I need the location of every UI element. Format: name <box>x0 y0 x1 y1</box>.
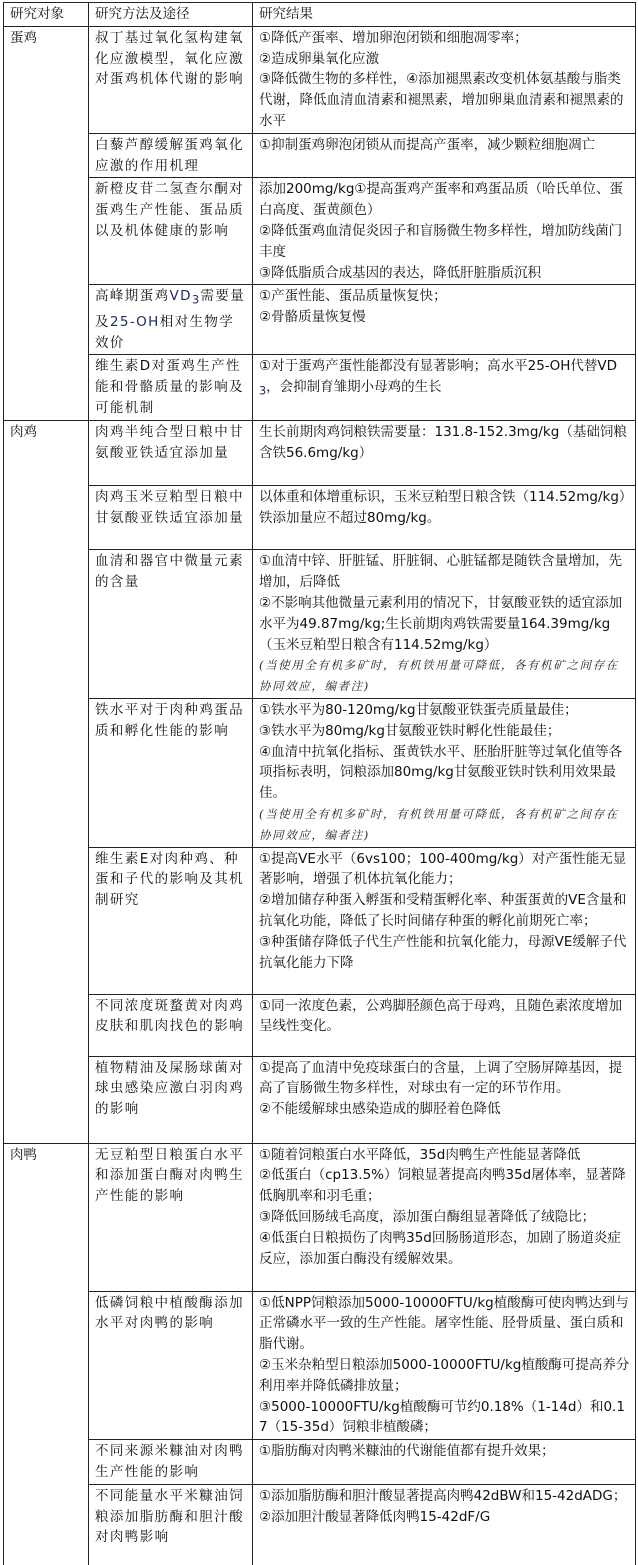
method-cell: 低磷饲粮中植酸酶添加水平对肉鸭的影响 <box>89 1291 253 1440</box>
subject-cell: 肉鸡 <box>4 421 89 1143</box>
editor-note: (当使用全有机多矿时，有机铁用量可降低，各有机矿之间存在协同效应，编者注) <box>259 655 630 697</box>
result-item: ①提高了血清中免疫球蛋白的含量，上调了空肠屏障基因，提高了盲肠微生物多样性，对球… <box>259 1058 630 1100</box>
method-cell: 不同能量水平米糠油饲粮添加脂肪酶和胆汁酸对肉鸭影响 <box>89 1484 253 1565</box>
method-cell: 新橙皮苷二氢查尔酮对蛋鸡生产性能、蛋品质以及机体健康的影响 <box>89 178 253 285</box>
result-item: ①铁水平为80-120mg/kg甘氨酸亚铁蛋壳质量最佳； <box>259 700 630 721</box>
result-item: ③降低微生物的多样性，④添加褪黑素改变机体氨基酸与脂类代谢，降低血清血清素和褪黑… <box>259 69 630 131</box>
header-method: 研究方法及途径 <box>89 3 253 27</box>
table-row: 血清和器官中微量元素的含量 ①血清中锌、肝脏锰、肝脏铜、心脏锰都是随铁含量增加，… <box>4 550 636 699</box>
table-row: 不同能量水平米糠油饲粮添加脂肪酶和胆汁酸对肉鸭影响 ①添加脂肪酶和胆汁酸显著提高… <box>4 1484 636 1565</box>
results-cell: ①提高VE水平（6vs100；100-400mg/kg）对产蛋性能无显著影响，增… <box>253 847 636 994</box>
results-cell: ①降低产蛋率、增加卵泡闭锁和细胞凋零率； ②造成卵巢氧化应激 ③降低微生物的多样… <box>253 26 636 133</box>
results-cell: ①抑制蛋鸡卵泡闭锁从而提高产蛋率，减少颗粒细胞凋亡 <box>253 133 636 178</box>
result-item: ③5000-10000FTU/kg植酸酶可节约0.18%（1-14d）和0.17… <box>259 1397 630 1439</box>
result-item: ②玉米杂粕型日粮添加5000-10000FTU/kg植酸酶可提高养分利用率并降低… <box>259 1355 630 1397</box>
result-item: 添加200mg/kg①提高蛋鸡产蛋率和鸡蛋品质（哈氏单位、蛋白高度、蛋黄颜色） <box>259 179 630 221</box>
table-row: 维生素D对蛋鸡生产性能和骨骼质量的影响及可能机制 ①对于蛋鸡产蛋性能都没有显著影… <box>4 355 636 421</box>
results-cell: ①铁水平为80-120mg/kg甘氨酸亚铁蛋壳质量最佳； ③铁水平为80mg/k… <box>253 699 636 848</box>
result-item: ①产蛋性能、蛋品质量恢复快； <box>259 286 630 307</box>
table-row: 植物精油及屎肠球菌对球虫感染应激白羽肉鸡的影响 ①提高了血清中免疫球蛋白的含量，… <box>4 1056 636 1143</box>
results-cell: ①血清中锌、肝脏锰、肝脏铜、心脏锰都是随铁含量增加，先增加，后降低 ②不影响其他… <box>253 550 636 699</box>
method-cell: 不同浓度斑蝥黄对肉鸡皮肤和肌肉找色的影响 <box>89 994 253 1056</box>
result-item: 以体重和体增重标识，玉米豆粕型日粮含铁（114.52mg/kg）铁添加量应不超过… <box>259 487 630 529</box>
result-item: ②骨骼质量恢复慢 <box>259 307 630 328</box>
table-row: 铁水平对于肉种鸡蛋品质和孵化性能的影响 ①铁水平为80-120mg/kg甘氨酸亚… <box>4 699 636 848</box>
result-item: ②不能缓解球虫感染造成的脚胫着色降低 <box>259 1099 630 1120</box>
research-table: 研究对象 研究方法及途径 研究结果 蛋鸡 叔丁基过氧化氢构建氧化应激模型，氧化应… <box>3 2 636 1565</box>
result-item: ①脂肪酶对肉鸭米糠油的代谢能值都有提升效果； <box>259 1441 630 1462</box>
result-item: ①降低产蛋率、增加卵泡闭锁和细胞凋零率； <box>259 28 630 49</box>
header-results: 研究结果 <box>253 3 636 27</box>
result-item: ③种蛋储存降低子代生产性能和抗氧化能力，母源VE缓解子代抗氧化能力下降 <box>259 932 630 974</box>
method-cell: 肉鸡玉米豆粕型日粮中甘氨酸亚铁适宜添加量 <box>89 486 253 550</box>
table-row: 白藜芦醇缓解蛋鸡氧化应激的作用机理 ①抑制蛋鸡卵泡闭锁从而提高产蛋率，减少颗粒细… <box>4 133 636 178</box>
results-cell: 生长前期肉鸡饲粮铁需要量：131.8-152.3mg/kg（基础饲粮含铁56.6… <box>253 421 636 486</box>
result-item: ②造成卵巢氧化应激 <box>259 49 630 70</box>
table-row: 高峰期蛋鸡VD3需要量及25-OH相对生物学效价 ①产蛋性能、蛋品质量恢复快； … <box>4 285 636 355</box>
table-row: 肉鸡 肉鸡半纯合型日粮中甘氨酸亚铁适宜添加量 生长前期肉鸡饲粮铁需要量：131.… <box>4 421 636 486</box>
result-item: ①低NPP饲粮添加5000-10000FTU/kg植酸酶可使肉鸭达到与正常磷水平… <box>259 1293 630 1355</box>
result-item: ①添加脂肪酶和胆汁酸显著提高肉鸭42dBW和15-42dADG； <box>259 1486 630 1507</box>
method-cell: 植物精油及屎肠球菌对球虫感染应激白羽肉鸡的影响 <box>89 1056 253 1143</box>
table-row: 低磷饲粮中植酸酶添加水平对肉鸭的影响 ①低NPP饲粮添加5000-10000FT… <box>4 1291 636 1440</box>
results-cell: ①同一浓度色素，公鸡脚胫颜色高于母鸡，且随色素浓度增加呈线性变化。 <box>253 994 636 1056</box>
table-row: 肉鸭 无豆粕型日粮蛋白水平和添加蛋白酶对肉鸭生产性能的影响 ①随着饲粮蛋白水平降… <box>4 1143 636 1291</box>
result-item: ②不影响其他微量元素利用的情况下，甘氨酸亚铁的适宜添加水平为49.87mg/kg… <box>259 593 630 655</box>
result-item: ①抑制蛋鸡卵泡闭锁从而提高产蛋率，减少颗粒细胞凋亡 <box>259 135 630 156</box>
result-item: ③降低回肠绒毛高度，添加蛋白酶组显著降低了绒隐比； <box>259 1207 630 1228</box>
method-cell: 铁水平对于肉种鸡蛋品质和孵化性能的影响 <box>89 699 253 848</box>
subject-cell: 肉鸭 <box>4 1143 89 1565</box>
table-row: 肉鸡玉米豆粕型日粮中甘氨酸亚铁适宜添加量 以体重和体增重标识，玉米豆粕型日粮含铁… <box>4 486 636 550</box>
result-item: ③铁水平为80mg/kg甘氨酸亚铁时孵化性能最佳； <box>259 721 630 742</box>
result-item: ①血清中锌、肝脏锰、肝脏铜、心脏锰都是随铁含量增加，先增加，后降低 <box>259 551 630 593</box>
table-row: 蛋鸡 叔丁基过氧化氢构建氧化应激模型，氧化应激对蛋鸡机体代谢的影响 ①降低产蛋率… <box>4 26 636 133</box>
header-row: 研究对象 研究方法及途径 研究结果 <box>4 3 636 27</box>
method-cell: 维生素D对蛋鸡生产性能和骨骼质量的影响及可能机制 <box>89 355 253 421</box>
result-item: ①随着饲粮蛋白水平降低，35d肉鸭生产性能显著降低 <box>259 1145 630 1166</box>
result-item: ④血清中抗氧化指标、蛋黄铁水平、胚胎肝脏等过氧化值等各项指标表明，饲粮添加80m… <box>259 742 630 804</box>
subject-cell: 蛋鸡 <box>4 26 89 421</box>
table-row: 不同浓度斑蝥黄对肉鸡皮肤和肌肉找色的影响 ①同一浓度色素，公鸡脚胫颜色高于母鸡，… <box>4 994 636 1056</box>
result-item: ①提高VE水平（6vs100；100-400mg/kg）对产蛋性能无显著影响，增… <box>259 849 630 891</box>
method-cell: 不同来源米糠油对肉鸭生产性能的影响 <box>89 1440 253 1485</box>
results-cell: ①低NPP饲粮添加5000-10000FTU/kg植酸酶可使肉鸭达到与正常磷水平… <box>253 1291 636 1440</box>
results-cell: ①脂肪酶对肉鸭米糠油的代谢能值都有提升效果； <box>253 1440 636 1485</box>
results-cell: 添加200mg/kg①提高蛋鸡产蛋率和鸡蛋品质（哈氏单位、蛋白高度、蛋黄颜色） … <box>253 178 636 285</box>
method-cell: 肉鸡半纯合型日粮中甘氨酸亚铁适宜添加量 <box>89 421 253 486</box>
result-item: ③降低脂质合成基因的表达，降低肝脏脂质沉积 <box>259 263 630 284</box>
result-item: ②增加储存种蛋入孵蛋和受精蛋孵化率、种蛋蛋黄的VE含量和抗氧化功能，降低了长时间… <box>259 890 630 932</box>
result-item: ②低蛋白（cp13.5%）饲粮显著提高肉鸭35d屠体率，显著降低胸肌率和羽毛重； <box>259 1165 630 1207</box>
results-cell: ①提高了血清中免疫球蛋白的含量，上调了空肠屏障基因，提高了盲肠微生物多样性，对球… <box>253 1056 636 1143</box>
table-row: 新橙皮苷二氢查尔酮对蛋鸡生产性能、蛋品质以及机体健康的影响 添加200mg/kg… <box>4 178 636 285</box>
result-item: ②降低蛋鸡血清促炎因子和盲肠微生物多样性，增加防线菌门丰度 <box>259 221 630 263</box>
table-row: 不同来源米糠油对肉鸭生产性能的影响 ①脂肪酶对肉鸭米糠油的代谢能值都有提升效果； <box>4 1440 636 1485</box>
method-cell: 血清和器官中微量元素的含量 <box>89 550 253 699</box>
results-cell: 以体重和体增重标识，玉米豆粕型日粮含铁（114.52mg/kg）铁添加量应不超过… <box>253 486 636 550</box>
method-cell: 无豆粕型日粮蛋白水平和添加蛋白酶对肉鸭生产性能的影响 <box>89 1143 253 1291</box>
result-item: ①同一浓度色素，公鸡脚胫颜色高于母鸡，且随色素浓度增加呈线性变化。 <box>259 996 630 1038</box>
results-cell: ①对于蛋鸡产蛋性能都没有显著影响；高水平25-OH代替VD3，会抑制育雏期小母鸡… <box>253 355 636 421</box>
result-item: ②添加胆汁酸显著降低肉鸭15-42dF/G <box>259 1507 630 1528</box>
method-cell: 维生素E对肉种鸡、种蛋和子代的影响及其机制研究 <box>89 847 253 994</box>
editor-note: (当使用全有机多矿时，有机铁用量可降低，各有机矿之间存在协同效应，编者注) <box>259 804 630 846</box>
results-cell: ①随着饲粮蛋白水平降低，35d肉鸭生产性能显著降低 ②低蛋白（cp13.5%）饲… <box>253 1143 636 1291</box>
method-cell: 高峰期蛋鸡VD3需要量及25-OH相对生物学效价 <box>89 285 253 355</box>
results-cell: ①产蛋性能、蛋品质量恢复快； ②骨骼质量恢复慢 <box>253 285 636 355</box>
method-cell: 白藜芦醇缓解蛋鸡氧化应激的作用机理 <box>89 133 253 178</box>
table-row: 维生素E对肉种鸡、种蛋和子代的影响及其机制研究 ①提高VE水平（6vs100；1… <box>4 847 636 994</box>
result-item: 生长前期肉鸡饲粮铁需要量：131.8-152.3mg/kg（基础饲粮含铁56.6… <box>259 422 630 464</box>
method-cell: 叔丁基过氧化氢构建氧化应激模型，氧化应激对蛋鸡机体代谢的影响 <box>89 26 253 133</box>
header-subject: 研究对象 <box>4 3 89 27</box>
results-cell: ①添加脂肪酶和胆汁酸显著提高肉鸭42dBW和15-42dADG； ②添加胆汁酸显… <box>253 1484 636 1565</box>
result-item: ④低蛋白日粮损伤了肉鸭35d回肠肠道形态，加剧了肠道炎症反应，添加蛋白酶没有缓解… <box>259 1228 630 1270</box>
